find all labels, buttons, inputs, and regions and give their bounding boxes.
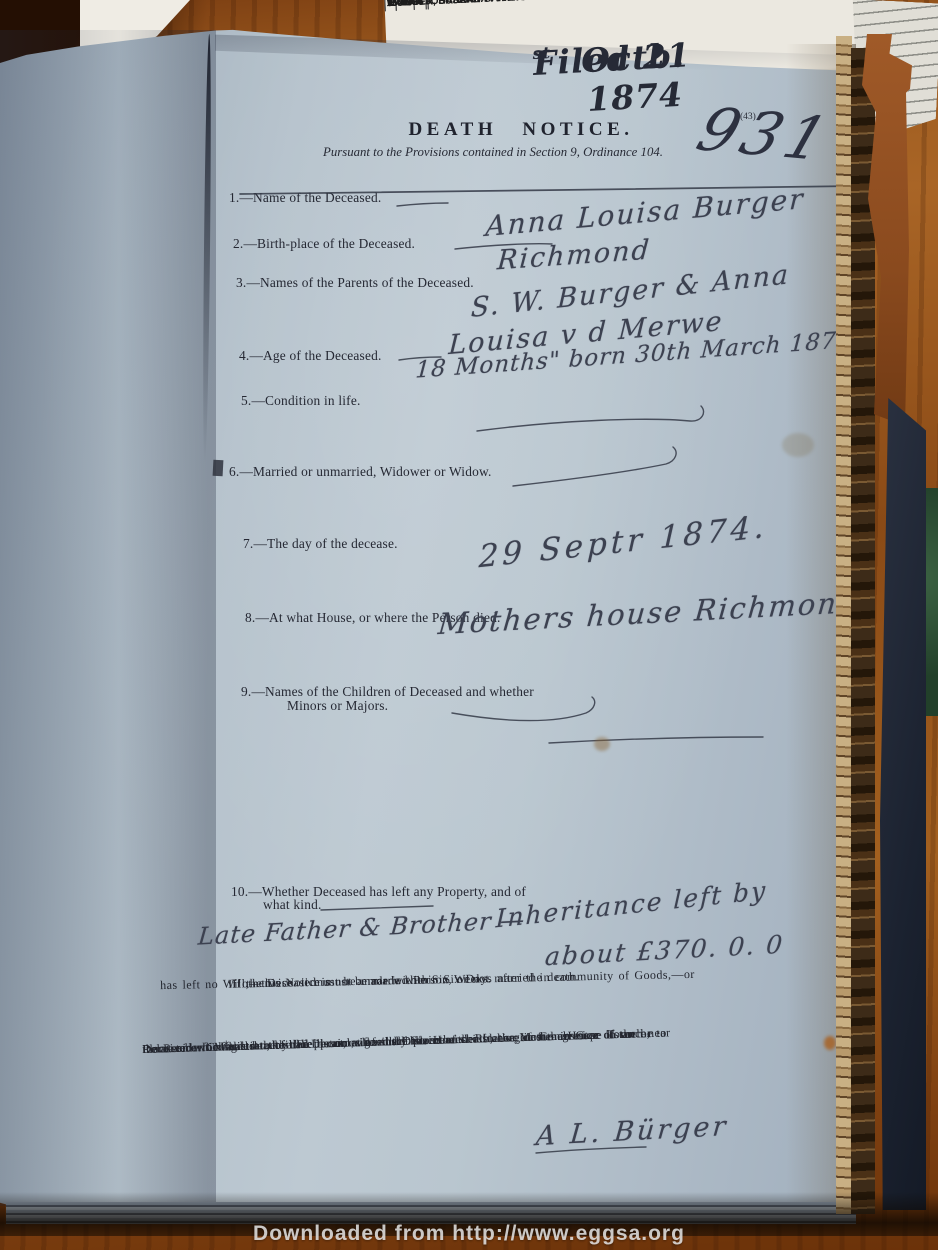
field-3-label: 3.—Names of the Parents of the Deceased. [236, 275, 474, 291]
tattered-page-edges-dark [851, 48, 875, 1214]
death-notice-title: DEATH NOTICE. [321, 119, 721, 141]
stain [594, 737, 610, 751]
form-subtitle: Pursuant to the Provisions contained in … [293, 145, 693, 160]
field-4-label: 4.—Age of the Deceased. [239, 348, 382, 364]
field-2-label: 2.—Birth-place of the Deceased. [233, 236, 415, 252]
stain [782, 433, 814, 457]
index-card-row: OBUS [384, 0, 385, 11]
tattered-page-edges [836, 36, 852, 1214]
field-9-label-line2: Minors or Majors. [287, 698, 388, 714]
field-10-label-line2: what kind. [263, 897, 322, 913]
field-1-label: 1.—Name of the Deceased. [229, 190, 381, 206]
watermark-text: Downloaded from http://www.eggsa.org [0, 1222, 938, 1246]
field-7-label: 7.—The day of the decease. [243, 536, 398, 552]
field-5-label: 5.—Condition in life. [241, 393, 361, 409]
photo-scene: MOOC2574BURGER, SUSANNA MOOC691542596BUR… [0, 0, 938, 1250]
folio-number: 931 [689, 95, 842, 175]
margin-ink-mark [213, 460, 224, 477]
book-cover-edge [880, 398, 926, 1210]
field-6-label: 6.—Married or unmarried, Widower or Wido… [229, 464, 492, 480]
left-page-shadow [0, 30, 216, 1206]
stain [824, 1036, 836, 1050]
